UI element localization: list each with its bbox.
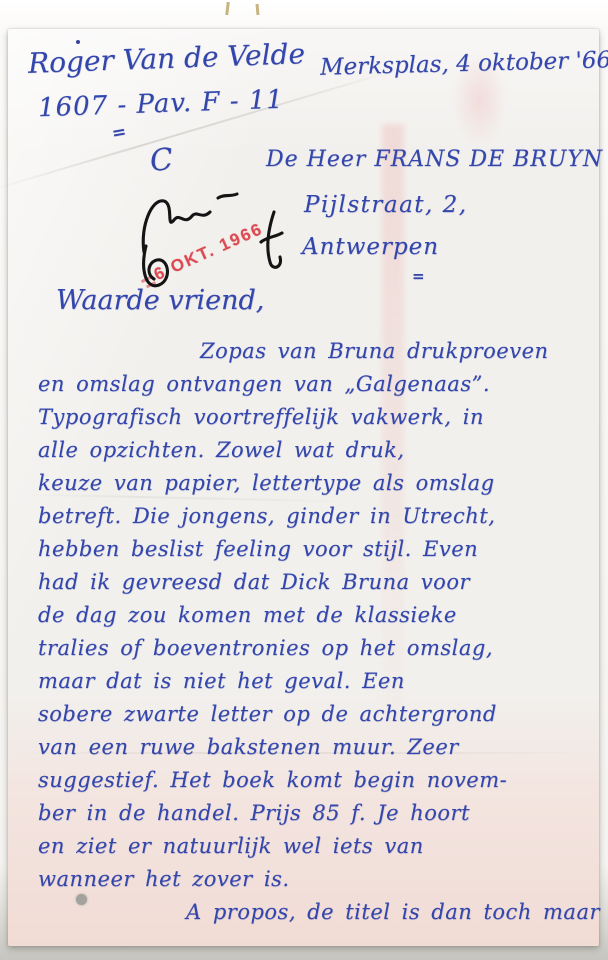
body-line: ber in de handel. Prijs 85 f. Je hoort — [38, 801, 600, 834]
body-line: suggestief. Het boek komt begin novem- — [38, 768, 600, 801]
salutation: Waarde vriend, — [56, 286, 264, 316]
stray-pen-mark: C — [148, 143, 174, 178]
body-line: de dag zou komen met de klassieke — [38, 603, 600, 636]
body-line: maar dat is niet het geval. Een — [38, 669, 600, 702]
ink-speck — [76, 40, 80, 44]
body-line: tralies of boeventronies op het omslag, — [38, 636, 600, 669]
sender-separator-mark: = — [110, 123, 127, 144]
body-line: en ziet er natuurlijk wel iets van — [38, 834, 600, 867]
letter-body: Zopas van Bruna drukproeven en omslag on… — [38, 339, 600, 933]
body-line: en omslag ontvangen van „Galgenaas”. — [38, 372, 600, 405]
body-line: sobere zwarte letter op de achtergrond — [38, 702, 600, 735]
paper-stain-dot — [76, 894, 87, 905]
body-line: alle opzichten. Zowel wat druk, — [38, 438, 600, 471]
recipient-separator-mark: = — [412, 268, 425, 285]
letter-scan: Roger Van de Velde 1607 - Pav. F - 11 = … — [0, 0, 608, 960]
tape-mark — [225, 2, 230, 15]
body-line: A propos, de titel is dan toch maar — [38, 900, 600, 933]
body-line: keuze van papier, lettertype als omslag — [38, 471, 600, 504]
body-line: Zopas van Bruna drukproeven — [38, 339, 600, 372]
body-line: betreft. Die jongens, ginder in Utrecht, — [38, 504, 600, 537]
body-line: hebben beslist feeling voor stijl. Even — [38, 537, 600, 570]
body-line: wanneer het zover is. — [38, 867, 600, 900]
recipient-street: Pijlstraat, 2, — [304, 193, 468, 218]
tape-mark — [256, 4, 260, 15]
body-line: Typografisch voortreffelijk vakwerk, in — [38, 405, 600, 438]
body-line: van een ruwe bakstenen muur. Zeer — [38, 735, 600, 768]
recipient-city: Antwerpen — [302, 235, 439, 260]
ink-paraph-scribble — [128, 186, 303, 298]
recipient-name: De Heer FRANS DE BRUYN — [266, 148, 603, 172]
body-line: had ik gevreesd dat Dick Bruna voor — [38, 570, 600, 603]
